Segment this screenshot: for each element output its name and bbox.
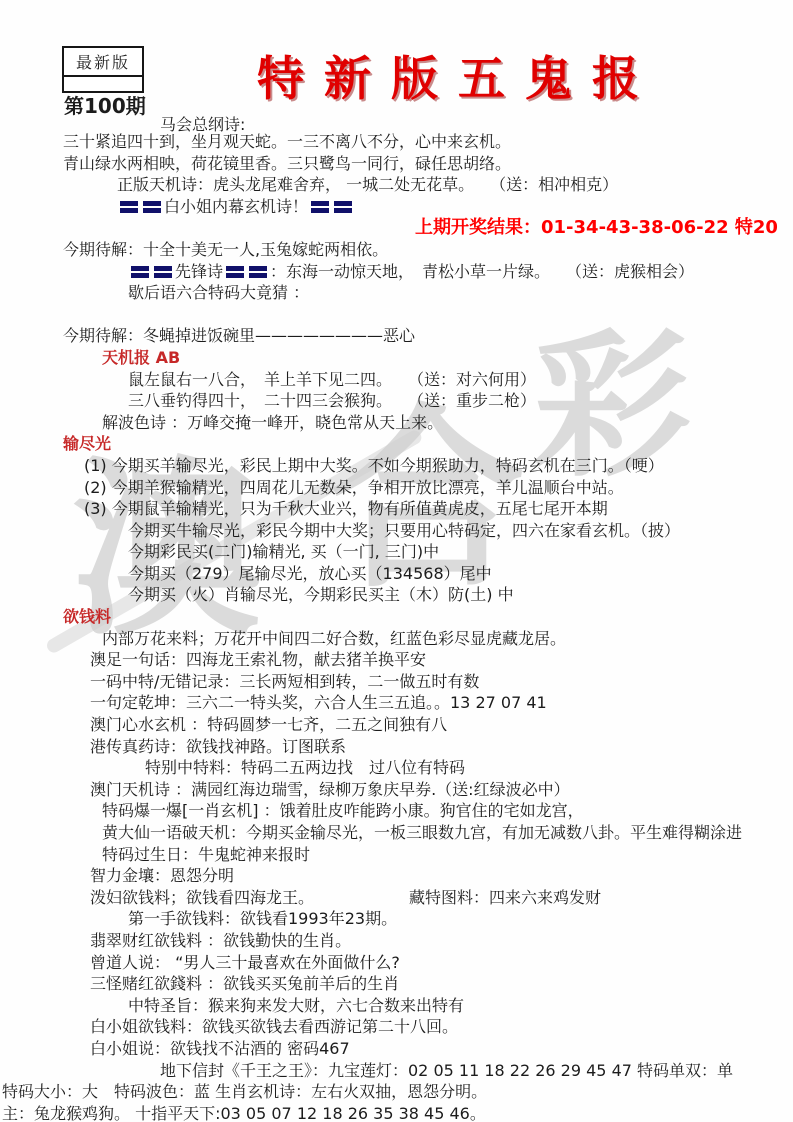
text-line: 中特圣旨：猴来狗来发大财，六七合数来出特有 [0,995,793,1017]
text-run: 白小姐内幕玄机诗！ [164,197,308,216]
text-line: 特码爆一爆[一肖玄机] ：饿着肚皮咋能跨小康。狗官住的宅如龙宫， [0,800,793,822]
text-run: 翡翠财红欲钱料 ：欲钱勤快的生肖。 [90,931,351,950]
text-line: 白小姐欲钱料：欲钱买欲钱去看西游记第二十八回。 [0,1016,793,1038]
text-run: (1) 今期买羊输尽光，彩民上期中大奖。不如今期猴助力，特码玄机在三门。（哽） [84,456,664,475]
issue-number: 第100期 [64,90,146,119]
text-run: 今期买（火）肖输尽光，今期彩民买主（木）防(土) 中 [128,585,514,604]
text-line: 三怪赌红欲錢料 ：欲钱买买兔前羊后的生肖 [0,973,793,995]
text-run: 黄大仙一语破天机：今期买金输尽光，一板三眼数九宫，有加无减数八卦。平生难得糊涂进 [102,823,742,842]
text-run: 第一手欲钱料：欲钱看1993年23期。 [128,909,397,928]
text-line: 欲钱料 [0,606,793,628]
double-bar-icon [131,265,172,278]
text-line: 天机报 AB [0,347,793,369]
text-run: ：东海一动惊天地， 青松小草一片绿。 （送：虎猴相会） [270,262,694,281]
text-run: (3) 今期鼠羊输精光，只为千秋大业兴，物有所值黄虎皮，五尾七尾开本期 [84,499,608,518]
text-run: 今期彩民买(二门)输精光, 买（一门, 三门)中 [128,542,439,561]
text-line: 青山绿水两相映，荷花镜里香。三只鹭鸟一同行，碌任思胡络。 [0,153,793,175]
edition-badge-label: 最新版 [64,48,142,77]
text-line: 泼妇欲钱料；欲钱看四海龙王。藏特图料：四来六来鸡发财 [0,887,793,909]
text-line: (2) 今期羊猴输精光，四周花儿无数朵，争相开放比漂亮，羊儿温顺台中站。 [0,477,793,499]
text-line: 主：兔龙猴鸡狗。 十指平天下:03 05 07 12 18 26 35 38 4… [0,1103,793,1122]
edition-badge: 最新版 [62,46,144,93]
text-run: 澳门心水玄机 ：特码圆梦一七齐，二五之间独有八 [90,715,447,734]
report-title: 特新版五鬼报 [178,42,738,109]
report-page: 澳 合 彩 最新版 特新版五鬼报 第100期 马会总纲诗: 三十紧追四十到，坐月… [0,0,793,1122]
text-run: 一码中特/无错记录：三长两短相到转，二一做五时有数 [90,672,479,691]
text-line: 第一手欲钱料：欲钱看1993年23期。 [0,908,793,930]
text-line: 翡翠财红欲钱料 ：欲钱勤快的生肖。 [0,930,793,952]
text-line: 今期待解：十全十美无一人,玉兔嫁蛇两相依。 [0,239,793,261]
text-line: 一码中特/无错记录：三长两短相到转，二一做五时有数 [0,671,793,693]
text-run: 特别中特料：特码二五两边找 过八位有特码 [145,758,465,777]
text-run: 今期待解：冬蝇掉进饭碗里————————恶心 [63,326,415,345]
text-line: 特别中特料：特码二五两边找 过八位有特码 [0,757,793,779]
text-run: 三八垂钓得四十， 二十四三会猴狗。 （送：重步二枪） [128,391,536,410]
text-line: 智力金壤：恩怨分明 [0,865,793,887]
text-run: 特码大小：大 特码波色：蓝 生肖玄机诗：左右火双抽，恩怨分明。 [2,1082,487,1101]
text-run: 特码过生日：牛鬼蛇神来报时 [102,845,310,864]
text-run: 特码爆一爆[一肖玄机] ：饿着肚皮咋能跨小康。狗官住的宅如龙宫， [102,801,584,820]
text-run: 中特圣旨：猴来狗来发大财，六七合数来出特有 [128,996,464,1015]
text-line: 三十紧追四十到，坐月观天蛇。一三不离八不分，心中来玄机。 [0,131,793,153]
content-lines: 三十紧追四十到，坐月观天蛇。一三不离八不分，心中来玄机。青山绿水两相映，荷花镜里… [0,131,793,1122]
text-run: 先锋诗 [175,262,223,281]
text-line: 特码大小：大 特码波色：蓝 生肖玄机诗：左右火双抽，恩怨分明。 [0,1081,793,1103]
double-bar-icon [226,265,267,278]
text-run: 今期买牛输尽光，彩民今期中大奖；只要用心特码定，四六在家看玄机。（披） [128,521,680,540]
text-line: 上期开奖结果：01-34-43-38-06-22 特20 [0,217,793,239]
text-line: 曾道人说： “男人三十最喜欢在外面做什么? [0,952,793,974]
text-run: 青山绿水两相映，荷花镜里香。三只鹭鸟一同行，碌任思胡络。 [63,154,511,173]
text-line: 特码过生日：牛鬼蛇神来报时 [0,844,793,866]
text-line: (3) 今期鼠羊输精光，只为千秋大业兴，物有所值黄虎皮，五尾七尾开本期 [0,498,793,520]
text-line: 输尽光 [0,433,793,455]
text-run: 智力金壤：恩怨分明 [90,866,234,885]
text-run: 内部万花来料；万花开中间四二好合数，红蓝色彩尽显虎藏龙居。 [102,629,566,648]
text-line: 内部万花来料；万花开中间四二好合数，红蓝色彩尽显虎藏龙居。 [0,628,793,650]
text-line: 正版天机诗：虎头龙尾难舍弃， 一城二处无花草。 （送：相冲相克） [0,174,793,196]
text-run: 一句定乾坤：三六二一特头奖，六合人生三五追。。13 27 07 41 [90,693,547,712]
text-line: 澳门天机诗 ：满园红海边瑞雪，绿柳万象庆早券.（送:红绿波必中） [0,779,793,801]
text-run: 港传真药诗：欲钱找神路。订图联系 [90,737,346,756]
text-line: 地下信封《千王之王》：九宝莲灯：02 05 11 18 22 26 29 45 … [0,1060,793,1082]
text-run: 今期买（279）尾输尽光，放心买（134568）尾中 [128,564,492,583]
double-bar-icon [120,200,161,213]
text-line: 港传真药诗：欲钱找神路。订图联系 [0,736,793,758]
text-run: 藏特图料：四来六来鸡发财 [409,888,601,907]
text-run: 曾道人说： “男人三十最喜欢在外面做什么? [90,953,400,972]
text-run: (2) 今期羊猴输精光，四周花儿无数朵，争相开放比漂亮，羊儿温顺台中站。 [84,478,624,497]
text-line: 三八垂钓得四十， 二十四三会猴狗。 （送：重步二枪） [0,390,793,412]
text-run: 天机报 AB [102,348,180,367]
text-run: 歇后语六合特码大竟猜 ： [128,283,309,302]
text-run: 白小姐说：欲钱找不沾酒的 密码467 [90,1039,350,1058]
text-line: 黄大仙一语破天机：今期买金输尽光，一板三眼数九宫，有加无减数八卦。平生难得糊涂进 [0,822,793,844]
text-line: 今期买（279）尾输尽光，放心买（134568）尾中 [0,563,793,585]
text-run: 地下信封《千王之王》：九宝莲灯：02 05 11 18 22 26 29 45 … [160,1061,733,1080]
text-line: 一句定乾坤：三六二一特头奖，六合人生三五追。。13 27 07 41 [0,692,793,714]
text-run: 泼妇欲钱料；欲钱看四海龙王。 [90,888,314,907]
text-line: 先锋诗：东海一动惊天地， 青松小草一片绿。 （送：虎猴相会） [0,261,793,283]
double-bar-icon [311,200,352,213]
text-line: 解波色诗 ：万峰交掩一峰开，晓色常从天上来。 [0,412,793,434]
previous-draw-result: 上期开奖结果：01-34-43-38-06-22 特20 [415,217,778,238]
text-run: 今期待解：十全十美无一人,玉兔嫁蛇两相依。 [63,240,388,259]
text-line: 今期买（火）肖输尽光，今期彩民买主（木）防(土) 中 [0,584,793,606]
text-line: 歇后语六合特码大竟猜 ： [0,282,793,304]
text-line: 今期买牛输尽光，彩民今期中大奖；只要用心特码定，四六在家看玄机。（披） [0,520,793,542]
text-line: 白小姐内幕玄机诗！ [0,196,793,218]
text-run: 三十紧追四十到，坐月观天蛇。一三不离八不分，心中来玄机。 [63,132,511,151]
text-line: 澳门心水玄机 ：特码圆梦一七齐，二五之间独有八 [0,714,793,736]
text-run: 澳足一句话：四海龙王索礼物，献去猪羊换平安 [90,650,426,669]
blank-line [0,304,793,326]
text-line: 澳足一句话：四海龙王索礼物，献去猪羊换平安 [0,649,793,671]
masthead-poem-label: 马会总纲诗: [160,112,245,135]
text-line: 白小姐说：欲钱找不沾酒的 密码467 [0,1038,793,1060]
text-line: 今期待解：冬蝇掉进饭碗里————————恶心 [0,325,793,347]
text-run: 白小姐欲钱料：欲钱买欲钱去看西游记第二十八回。 [90,1017,458,1036]
text-run: 澳门天机诗 ：满园红海边瑞雪，绿柳万象庆早券.（送:红绿波必中） [90,780,570,799]
text-run: 主：兔龙猴鸡狗。 十指平天下:03 05 07 12 18 26 35 38 4… [2,1104,486,1122]
text-run: 输尽光 [63,434,111,453]
text-line: (1) 今期买羊输尽光，彩民上期中大奖。不如今期猴助力，特码玄机在三门。（哽） [0,455,793,477]
text-run: 三怪赌红欲錢料 ：欲钱买买兔前羊后的生肖 [90,974,399,993]
text-run: 鼠左鼠右一八合， 羊上羊下见二四。 （送：对六何用） [128,370,536,389]
text-run: 正版天机诗：虎头龙尾难舍弃， 一城二处无花草。 （送：相冲相克） [117,175,618,194]
text-line: 今期彩民买(二门)输精光, 买（一门, 三门)中 [0,541,793,563]
text-run: 解波色诗 ：万峰交掩一峰开，晓色常从天上来。 [102,413,443,432]
text-line: 鼠左鼠右一八合， 羊上羊下见二四。 （送：对六何用） [0,369,793,391]
text-run: 欲钱料 [63,607,111,626]
